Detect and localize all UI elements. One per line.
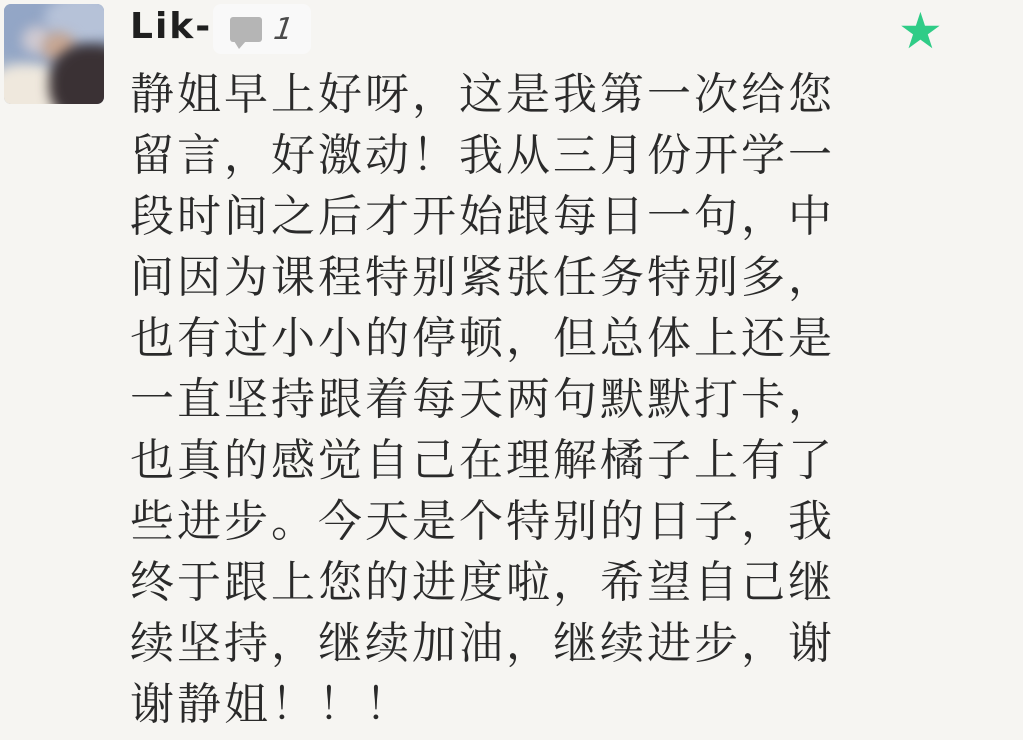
- star-icon[interactable]: ★: [898, 0, 943, 64]
- comment-line: 也真的感觉自己在理解橘子上有了: [130, 430, 1010, 491]
- comment-line: 谢静姐！！！: [130, 674, 1010, 735]
- comment-line: 段时间之后才开始跟每日一句，中: [130, 186, 1010, 247]
- comment-line: 终于跟上您的进度啦，希望自己继: [130, 552, 1010, 613]
- comment-line: 些进步。今天是个特别的日子，我: [130, 491, 1010, 552]
- comment-line: 留言，好激动！我从三月份开学一: [130, 125, 1010, 186]
- comment-count: 1: [272, 12, 296, 47]
- comment-line: 也有过小小的停顿，但总体上还是: [130, 308, 1010, 369]
- username[interactable]: Lik-: [130, 6, 212, 47]
- speech-bubble-icon: [230, 17, 262, 42]
- comment-text: 静姐早上好呀，这是我第一次给您 留言，好激动！我从三月份开学一 段时间之后才开始…: [130, 64, 1010, 735]
- comment-card: Lik- 1 ★ 静姐早上好呀，这是我第一次给您 留言，好激动！我从三月份开学一…: [0, 0, 1023, 740]
- avatar[interactable]: [4, 4, 104, 104]
- comment-line: 续坚持，继续加油，继续进步，谢: [130, 613, 1010, 674]
- comment-count-badge[interactable]: 1: [213, 4, 311, 54]
- comment-line: 静姐早上好呀，这是我第一次给您: [130, 64, 1010, 125]
- comment-line: 一直坚持跟着每天两句默默打卡，: [130, 369, 1010, 430]
- comment-line: 间因为课程特别紧张任务特别多，: [130, 247, 1010, 308]
